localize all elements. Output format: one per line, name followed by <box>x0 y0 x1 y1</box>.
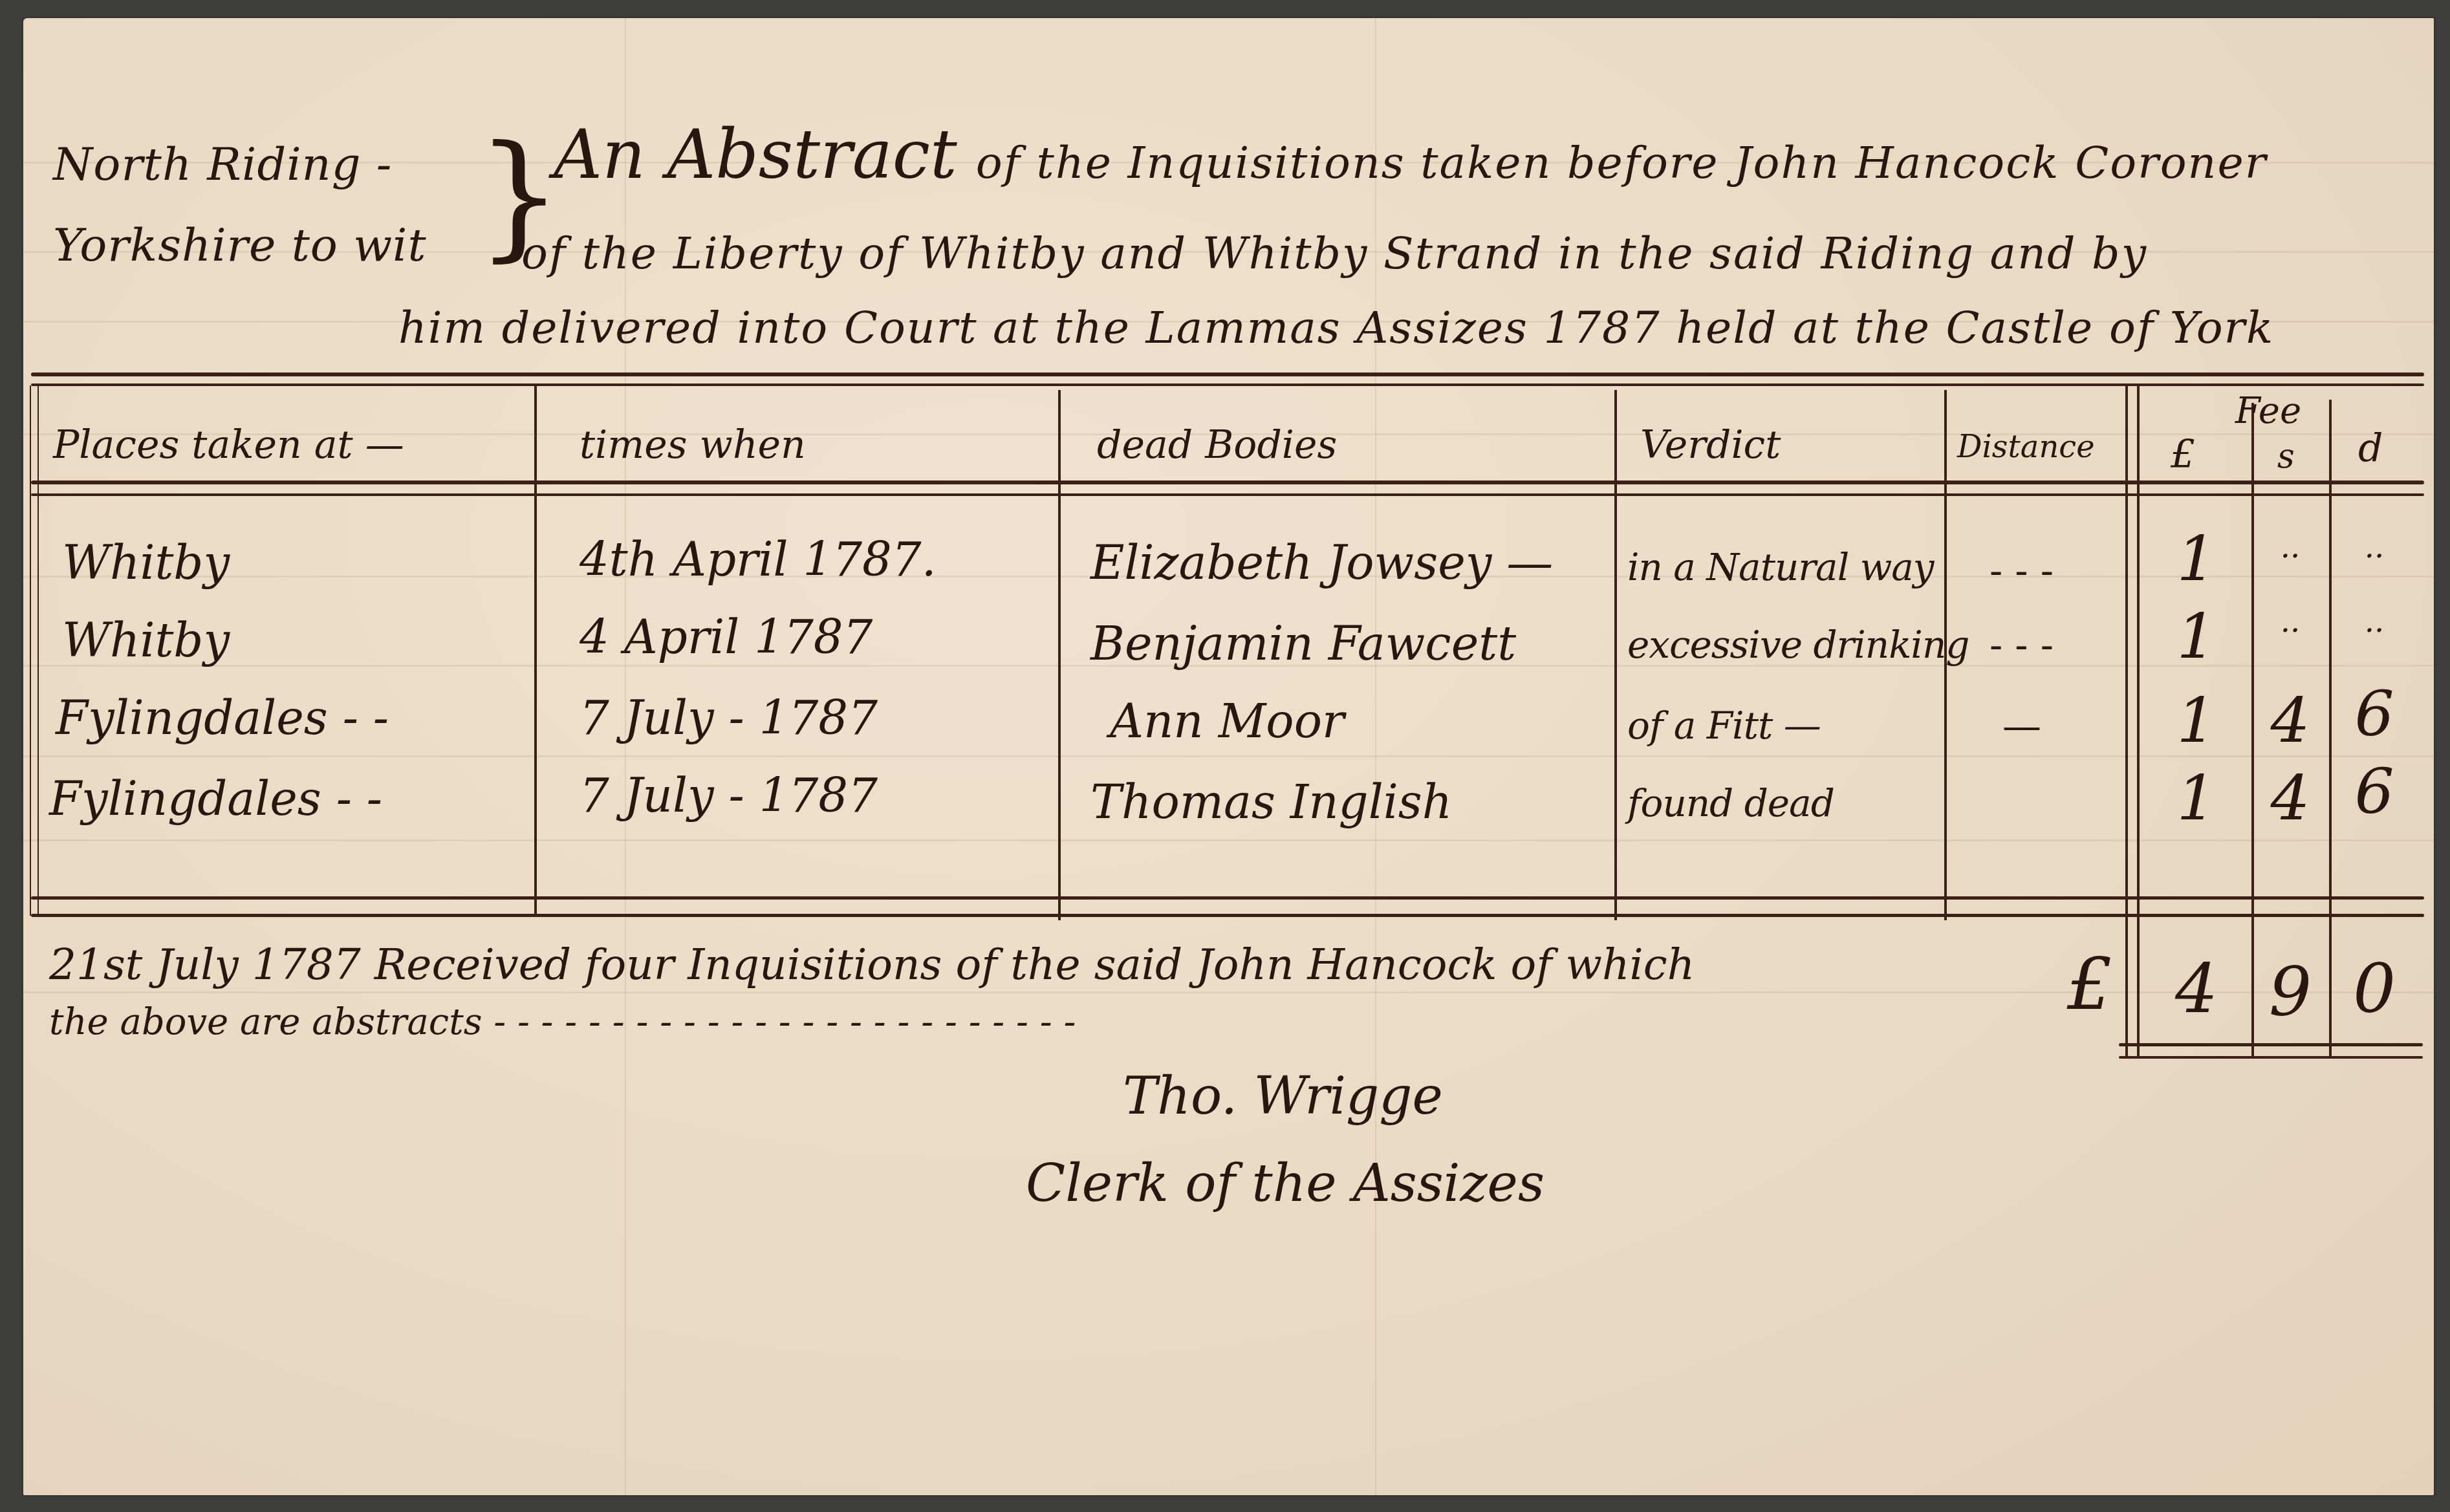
cell-time: 4th April 1787. <box>580 532 937 587</box>
cell-body: Ann Moor <box>1110 694 1344 748</box>
signature-title: Clerk of the Assizes <box>1026 1153 1545 1213</box>
body-bottom-rule <box>31 914 2424 917</box>
cell-distance: - - - <box>1989 623 2054 668</box>
fee-column-divider <box>2137 383 2140 1056</box>
receipt-line-1: 21st July 1787 Received four Inquisition… <box>49 940 1695 989</box>
cell-pence: .. <box>2336 603 2413 640</box>
cell-time: 7 July - 1787 <box>580 768 878 823</box>
total-pence: 0 <box>2332 949 2416 1028</box>
fee-column-divider <box>2125 383 2128 1056</box>
cell-verdict: excessive drinking <box>1627 623 1969 667</box>
total-underline <box>2119 1056 2423 1059</box>
column-header-pence: d <box>2358 426 2383 471</box>
cell-pounds: 1 <box>2151 523 2242 595</box>
cell-pounds: 1 <box>2151 600 2242 673</box>
table-left-border <box>38 385 39 916</box>
cell-place: Fylingdales - - <box>49 772 382 826</box>
cell-place: Fylingdales - - <box>56 691 389 745</box>
jurisdiction-line-2: Yorkshire to wit <box>53 219 427 272</box>
cell-verdict: found dead <box>1627 781 1834 825</box>
body-bottom-rule <box>31 896 2424 900</box>
cell-shillings: .. <box>2258 603 2323 640</box>
cell-distance: — <box>2002 704 2041 749</box>
cell-body: Elizabeth Jowsey — <box>1090 535 1553 590</box>
signature-name: Tho. Wrigge <box>1123 1066 1443 1126</box>
table-left-border <box>30 385 31 916</box>
cell-shillings: 4 <box>2251 762 2329 834</box>
column-divider <box>1614 390 1617 920</box>
total-underline <box>2119 1043 2423 1046</box>
column-header-pounds: £ <box>2171 432 2195 477</box>
table-top-rule <box>31 383 2424 386</box>
receipt-line-2: the above are abstracts - - - - - - - - … <box>49 1001 1076 1043</box>
column-header-verdict: Verdict <box>1640 422 1781 468</box>
title-line-1-rest: of the Inquisitions taken before John Ha… <box>976 138 2267 189</box>
total-shillings: 9 <box>2251 953 2329 1031</box>
cell-pounds: 1 <box>2151 684 2242 757</box>
cell-body: Benjamin Fawcett <box>1090 616 1516 671</box>
column-header-fee-group: Fee <box>2235 390 2301 432</box>
column-divider <box>534 385 537 916</box>
cell-pence: 6 <box>2332 755 2416 828</box>
document-paper: North Riding - Yorkshire to wit } An Abs… <box>23 18 2434 1495</box>
cell-pence: .. <box>2336 529 2413 565</box>
table-top-rule <box>31 373 2424 376</box>
cell-body: Thomas Inglish <box>1090 775 1452 829</box>
column-header-distance: Distance <box>1957 429 2095 465</box>
total-pounds: 4 <box>2151 949 2242 1028</box>
title-line-1: An Abstract of the Inquisitions taken be… <box>554 115 2267 194</box>
cell-pounds: 1 <box>2151 762 2242 834</box>
cell-place: Whitby <box>62 535 230 590</box>
cell-verdict: of a Fitt — <box>1627 704 1821 748</box>
cell-place: Whitby <box>62 613 230 667</box>
cell-shillings: 4 <box>2251 684 2329 757</box>
cell-time: 4 April 1787 <box>580 610 873 664</box>
cell-pence: 6 <box>2332 678 2416 750</box>
jurisdiction-line-1: North Riding - <box>53 138 392 191</box>
pence-column-divider <box>2329 400 2332 1056</box>
cell-time: 7 July - 1787 <box>580 691 878 745</box>
pound-sign: £ <box>2067 943 2112 1026</box>
column-header-shillings: s <box>2277 437 2295 476</box>
cell-distance: - - - <box>1989 548 2054 594</box>
ruled-line <box>23 755 2434 757</box>
column-divider <box>1058 390 1061 920</box>
cell-shillings: .. <box>2258 529 2323 565</box>
column-header-body: dead Bodies <box>1097 422 1337 468</box>
header-bottom-rule <box>31 493 2424 496</box>
column-header-time: times when <box>580 422 806 468</box>
cell-verdict: in a Natural way <box>1627 545 1934 589</box>
ruled-line <box>23 839 2434 841</box>
column-header-place: Places taken at — <box>53 422 404 468</box>
title-line-2: of the Liberty of Whitby and Whitby Stra… <box>521 228 2147 279</box>
title-line-3: him delivered into Court at the Lammas A… <box>398 303 2274 354</box>
title-lead: An Abstract <box>554 115 957 194</box>
header-bottom-rule <box>31 481 2424 484</box>
